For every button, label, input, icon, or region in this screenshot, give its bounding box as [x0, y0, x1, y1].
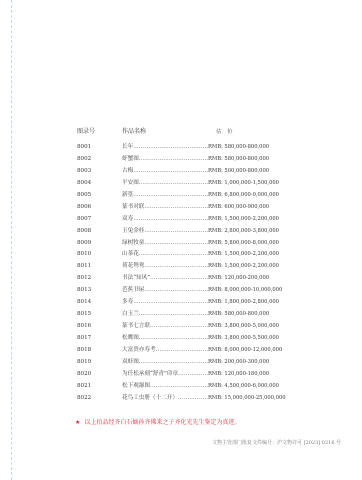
lot-number: 8019: [77, 357, 107, 369]
estimate-value: RMB: 4,500,000-6,000,000: [208, 381, 279, 393]
lot-number: 8011: [77, 261, 107, 273]
table-row: 8020为任松承刻“舒青”印章.........................…: [77, 369, 337, 381]
work-title-cell: 玉兔金桂....................................…: [122, 226, 208, 238]
table-row: 8015白玉兰.................................…: [77, 309, 337, 321]
dot-leader: ........................................…: [150, 383, 208, 389]
estimate-value: RMB: 1,800,000-2,800,000: [208, 297, 279, 309]
work-title: 篆书七言联: [122, 323, 150, 329]
header-lot-number: 图录号: [77, 126, 107, 138]
star-icon: ★: [75, 419, 80, 426]
table-row: 8014多寿..................................…: [77, 297, 337, 309]
work-title: 新篁: [122, 192, 133, 198]
lot-number: 8014: [77, 297, 107, 309]
table-row: 8021松下观瀑图...............................…: [77, 381, 337, 393]
work-title-cell: 双寿......................................…: [122, 214, 208, 226]
dot-leader: ........................................…: [133, 168, 208, 174]
work-title-cell: 山茶花.....................................…: [122, 249, 208, 261]
table-row: 8010山茶花.................................…: [77, 249, 337, 261]
lot-list: 8001长年..................................…: [77, 142, 337, 405]
work-title-cell: 古梅......................................…: [122, 166, 208, 178]
table-row: 8008玉兔金桂................................…: [77, 226, 337, 238]
work-title: 篆书对联: [122, 204, 144, 210]
work-title: 松下观瀑图: [122, 383, 150, 389]
lot-number: 8018: [77, 345, 107, 357]
work-title: 玉兔金桂: [122, 228, 144, 234]
work-title-cell: 花鸟工虫册（十二开）..............................…: [122, 393, 208, 405]
dot-leader: ........................................…: [139, 311, 208, 317]
lot-number: 8010: [77, 249, 107, 261]
table-row: 8001长年..................................…: [77, 142, 337, 154]
table-row: 8018大富贵亦寿考..............................…: [77, 345, 337, 357]
dot-leader: ........................................…: [139, 180, 208, 186]
lot-number: 8022: [77, 393, 107, 405]
table-row: 8005新篁..................................…: [77, 190, 337, 202]
work-title: 双虾图: [122, 359, 139, 365]
estimate-value: RMB: 600,000-900,000: [208, 202, 269, 214]
work-title-cell: 篆书对联....................................…: [122, 202, 208, 214]
work-title-cell: 书法“知风”..................................…: [122, 273, 208, 285]
lot-number: 8012: [77, 273, 107, 285]
work-title: 书法“知风”: [122, 275, 150, 281]
table-row: 8003古梅..................................…: [77, 166, 337, 178]
lot-number: 8015: [77, 309, 107, 321]
auction-catalog-table: 图录号 作品名称 估价 8001长年......................…: [77, 126, 337, 405]
estimate-value: RMB: 5,800,000-8,000,000: [208, 238, 279, 250]
estimate-value: RMB: 120,000-180,000: [208, 369, 269, 381]
work-title: 白玉兰: [122, 311, 139, 317]
dot-leader: ........................................…: [133, 144, 208, 150]
work-title: 大富贵亦寿考: [122, 347, 156, 353]
estimate-value: RMB: 8,000,000-10,000,000: [208, 285, 282, 297]
work-title-cell: 篆书七言联...................................…: [122, 321, 208, 333]
estimate-value: RMB: 580,000-800,000: [208, 154, 269, 166]
work-title-cell: 芭蕉书屋....................................…: [122, 285, 208, 297]
estimate-value: RMB: 200,000-300,000: [208, 357, 269, 369]
work-title-cell: 荷花鸳鸯....................................…: [122, 261, 208, 273]
lot-number: 8004: [77, 178, 107, 190]
dot-leader: ........................................…: [133, 299, 208, 305]
estimate-value: RMB: 8,000,000-12,000,000: [208, 345, 282, 357]
table-row: 8022花鸟工虫册（十二开）..........................…: [77, 393, 337, 405]
work-title: 为任松承刻“舒青”印章: [122, 371, 178, 377]
work-title-cell: 大富贵亦寿考..................................…: [122, 345, 208, 357]
dot-leader: ........................................…: [178, 371, 208, 377]
table-row: 8004平安图.................................…: [77, 178, 337, 190]
estimate-value: RMB: 1,500,000-2,200,000: [208, 261, 279, 273]
estimate-value: RMB: 1,000,000-1,500,000: [208, 178, 279, 190]
estimate-value: RMB: 6,800,000-9,000,000: [208, 190, 279, 202]
dot-leader: ........................................…: [150, 323, 208, 329]
lot-number: 8005: [77, 190, 107, 202]
lot-number: 8001: [77, 142, 107, 154]
dot-leader: ........................................…: [139, 335, 208, 341]
work-title: 山茶花: [122, 251, 139, 257]
lot-number: 8020: [77, 369, 107, 381]
authentication-note: ★以上拍品经齐白石嫡孙齐佛来之子齐化光先生鉴定为真迹。: [75, 417, 240, 426]
page-margin-guide: [11, 0, 12, 480]
dot-leader: ........................................…: [144, 287, 208, 293]
table-row: 8007双寿..................................…: [77, 214, 337, 226]
work-title-cell: 双虾图.....................................…: [122, 357, 208, 369]
lot-number: 8008: [77, 226, 107, 238]
work-title-cell: 多寿......................................…: [122, 297, 208, 309]
work-title: 古梅: [122, 168, 133, 174]
table-row: 8009绿树牧童................................…: [77, 238, 337, 250]
work-title: 绿树牧童: [122, 240, 144, 246]
work-title: 长年: [122, 144, 133, 150]
dot-leader: ........................................…: [178, 395, 208, 401]
work-title-cell: 为任松承刻“舒青”印章.............................…: [122, 369, 208, 381]
estimate-value: RMB: 120,000-200,000: [208, 273, 269, 285]
work-title: 松鹰图: [122, 335, 139, 341]
work-title-cell: 新篁......................................…: [122, 190, 208, 202]
work-title: 平安图: [122, 180, 139, 186]
table-row: 8017松鹰图.................................…: [77, 333, 337, 345]
lot-number: 8007: [77, 214, 107, 226]
table-header: 图录号 作品名称 估价: [77, 126, 337, 142]
work-title-cell: 松鹰图.....................................…: [122, 333, 208, 345]
note-text: 以上拍品经齐白石嫡孙齐佛来之子齐化光先生鉴定为真迹。: [84, 419, 240, 426]
work-title: 多寿: [122, 299, 133, 305]
lot-number: 8017: [77, 333, 107, 345]
lot-number: 8009: [77, 238, 107, 250]
dot-leader: ........................................…: [139, 251, 208, 257]
table-row: 8012书法“知风”..............................…: [77, 273, 337, 285]
estimate-value: RMB: 1,500,000-2,200,000: [208, 249, 279, 261]
lot-number: 8013: [77, 285, 107, 297]
dot-leader: ........................................…: [139, 359, 208, 365]
work-title-cell: 虾蟹图.....................................…: [122, 154, 208, 166]
dot-leader: ........................................…: [144, 263, 208, 269]
work-title-cell: 白玉兰.....................................…: [122, 309, 208, 321]
header-work-title: 作品名称: [122, 126, 208, 138]
header-estimate: 估价: [216, 126, 238, 138]
estimate-value: RMB: 500,000-800,000: [208, 166, 269, 178]
table-row: 8013芭蕉书屋................................…: [77, 285, 337, 297]
lot-number: 8006: [77, 202, 107, 214]
table-row: 8002虾蟹图.................................…: [77, 154, 337, 166]
dot-leader: ........................................…: [133, 192, 208, 198]
estimate-value: RMB: 580,000-800,000: [208, 309, 269, 321]
work-title: 双寿: [122, 216, 133, 222]
table-row: 8006篆书对联................................…: [77, 202, 337, 214]
dot-leader: ........................................…: [133, 216, 208, 222]
dot-leader: ........................................…: [156, 347, 208, 353]
lot-number: 8003: [77, 166, 107, 178]
estimate-value: RMB: 580,000-800,000: [208, 142, 269, 154]
estimate-value: RMB: 3,800,000-5,500,000: [208, 333, 279, 345]
dot-leader: ........................................…: [144, 240, 208, 246]
work-title-cell: 长年......................................…: [122, 142, 208, 154]
work-title: 虾蟹图: [122, 156, 139, 162]
work-title-cell: 平安图.....................................…: [122, 178, 208, 190]
lot-number: 8016: [77, 321, 107, 333]
estimate-value: RMB: 2,800,000-3,800,000: [208, 226, 279, 238]
work-title: 芭蕉书屋: [122, 287, 144, 293]
work-title: 花鸟工虫册（十二开）: [122, 395, 178, 401]
table-row: 8011荷花鸳鸯................................…: [77, 261, 337, 273]
work-title: 荷花鸳鸯: [122, 263, 144, 269]
dot-leader: ........................................…: [144, 228, 208, 234]
estimate-value: RMB: 3,800,000-5,000,000: [208, 321, 279, 333]
lot-number: 8021: [77, 381, 107, 393]
dot-leader: ........................................…: [144, 204, 208, 210]
lot-number: 8002: [77, 154, 107, 166]
dot-leader: ........................................…: [139, 156, 208, 162]
estimate-value: RMB: 15,000,000-25,000,000: [208, 393, 286, 405]
dot-leader: ........................................…: [150, 275, 208, 281]
table-row: 8016篆书七言联...............................…: [77, 321, 337, 333]
table-row: 8019双虾图.................................…: [77, 357, 337, 369]
work-title-cell: 松下观瀑图...................................…: [122, 381, 208, 393]
approval-footer: 文物主管部门批复文件编号：沪文物许可 [2023] 0216 号: [212, 439, 341, 446]
work-title-cell: 绿树牧童....................................…: [122, 238, 208, 250]
estimate-value: RMB: 1,500,000-2,200,000: [208, 214, 279, 226]
